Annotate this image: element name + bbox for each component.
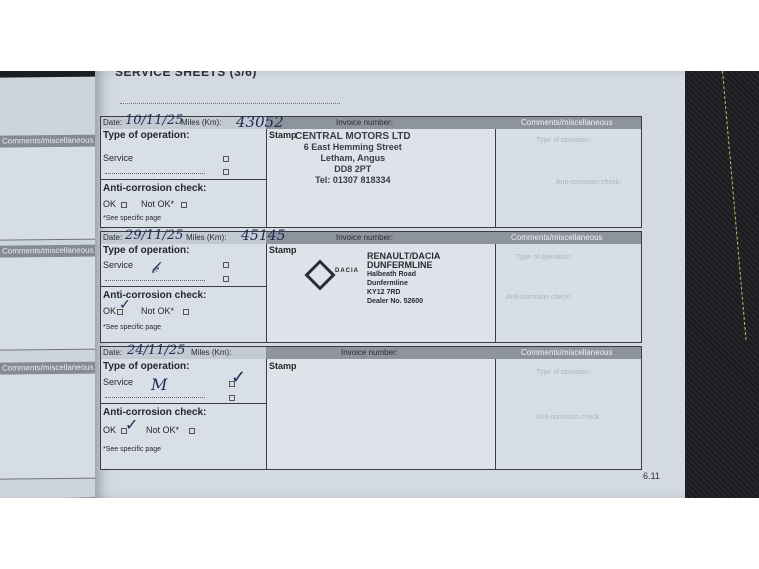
- see-specific-page: *See specific page: [103, 324, 161, 331]
- service-label: Service: [103, 260, 133, 270]
- left-comments-box: [0, 256, 110, 350]
- service-label: Service: [103, 153, 133, 163]
- operation-column: Type of operation: Service M ✓ Anti-corr…: [101, 359, 267, 469]
- ok-checkbox[interactable]: [121, 202, 127, 208]
- operation-column: Type of operation: Service 𝒷 Anti-corros…: [101, 244, 267, 342]
- dealer-stamp: CENTRAL MOTORS LTD 6 East Hemming Street…: [295, 131, 411, 186]
- stamp-column: Stamp: [267, 359, 496, 469]
- initials-mark: M: [151, 375, 167, 394]
- date-value: 10/11/25: [125, 113, 183, 128]
- miles-label: Miles (Km):: [191, 348, 231, 357]
- dealer-stamp: RENAULT/DACIA DUNFERMLINE Halbeath Road …: [367, 252, 440, 306]
- service-checkbox[interactable]: [223, 156, 229, 162]
- comments-column: Type of operation: Anti-corrosion check:: [496, 129, 641, 227]
- miles-label: Miles (Km):: [186, 233, 226, 242]
- checkmark: ✓: [125, 415, 138, 435]
- stamp-label: Stamp: [269, 245, 297, 255]
- not-ok-checkbox[interactable]: [181, 202, 187, 208]
- service-entry-2: Date: 29/11/25 Miles (Km): 45145 Invoice…: [100, 231, 642, 343]
- initials-mark: 𝒷: [151, 258, 158, 278]
- see-specific-page: *See specific page: [103, 215, 161, 222]
- car-seat-background: [672, 71, 759, 498]
- type-of-operation-label: Type of operation:: [103, 245, 189, 256]
- comments-label: Comments/miscellaneous: [511, 233, 603, 242]
- invoice-label: Invoice number:: [341, 348, 398, 357]
- other-checkbox[interactable]: [223, 169, 229, 175]
- comments-label: Comments/miscellaneous: [521, 348, 613, 357]
- service-entry-1: Date: 10/11/25 Miles (Km): 43052 Invoice…: [100, 116, 642, 228]
- type-of-operation-label: Type of operation:: [103, 361, 189, 372]
- renault-logo-icon: [304, 259, 335, 290]
- date-label: Date:: [103, 118, 122, 127]
- service-checkbox[interactable]: [223, 262, 229, 268]
- left-comments-box: [0, 373, 110, 479]
- service-book-photo: Comments/miscellaneous Comments/miscella…: [0, 71, 759, 498]
- dacia-logo: DACIA: [335, 268, 359, 274]
- date-value: 29/11/25: [125, 228, 183, 243]
- date-value: 24/11/25: [127, 343, 185, 358]
- checkmark: ✓: [119, 296, 131, 313]
- dotted-line: [120, 103, 340, 104]
- service-label: Service: [103, 377, 133, 387]
- type-of-operation-label: Type of operation:: [103, 130, 189, 141]
- comments-label: Comments/miscellaneous: [521, 118, 613, 127]
- see-specific-page: *See specific page: [103, 446, 161, 453]
- page-title: SERVICE SHEETS (3/6): [115, 71, 257, 79]
- date-label: Date:: [103, 233, 122, 242]
- show-through-text: Type of operation:: [536, 137, 592, 144]
- ok-label: OK: [103, 306, 116, 316]
- checkmark: ✓: [231, 367, 246, 388]
- not-ok-checkbox[interactable]: [183, 309, 189, 315]
- comments-column: Type of operation: Anti-corrosion check:: [496, 244, 641, 342]
- other-checkbox[interactable]: [229, 395, 235, 401]
- not-ok-label: Not OK*: [141, 306, 174, 316]
- ok-label: OK: [103, 425, 116, 435]
- not-ok-label: Not OK*: [146, 425, 179, 435]
- not-ok-label: Not OK*: [141, 199, 174, 209]
- not-ok-checkbox[interactable]: [189, 428, 195, 434]
- page-number: 6.11: [643, 471, 660, 481]
- anti-corrosion-label: Anti-corrosion check:: [103, 183, 206, 194]
- stamp-label: Stamp: [269, 361, 297, 371]
- service-entry-3: Date: 24/11/25 Miles (Km): Invoice numbe…: [100, 346, 642, 470]
- other-checkbox[interactable]: [223, 276, 229, 282]
- stamp-label: Stamp: [269, 130, 297, 140]
- date-label: Date:: [103, 348, 122, 357]
- miles-label: Miles (Km):: [181, 118, 221, 127]
- right-page: SERVICE SHEETS (3/6) Date: 10/11/25 Mile…: [95, 71, 685, 498]
- stamp-column: Stamp DACIA RENAULT/DACIA DUNFERMLINE Ha…: [267, 244, 496, 342]
- left-comments-box: [0, 146, 110, 240]
- anti-corrosion-label: Anti-corrosion check:: [103, 407, 206, 418]
- operation-column: Type of operation: Service Anti-corrosio…: [101, 129, 267, 227]
- stamp-column: Stamp CENTRAL MOTORS LTD 6 East Hemming …: [267, 129, 496, 227]
- invoice-label: Invoice number:: [336, 233, 393, 242]
- miles-value: 45145: [241, 228, 286, 244]
- comments-column: Type of operation: Anti-corrosion check:: [496, 359, 641, 469]
- invoice-label: Invoice number:: [336, 118, 393, 127]
- ok-label: OK: [103, 199, 116, 209]
